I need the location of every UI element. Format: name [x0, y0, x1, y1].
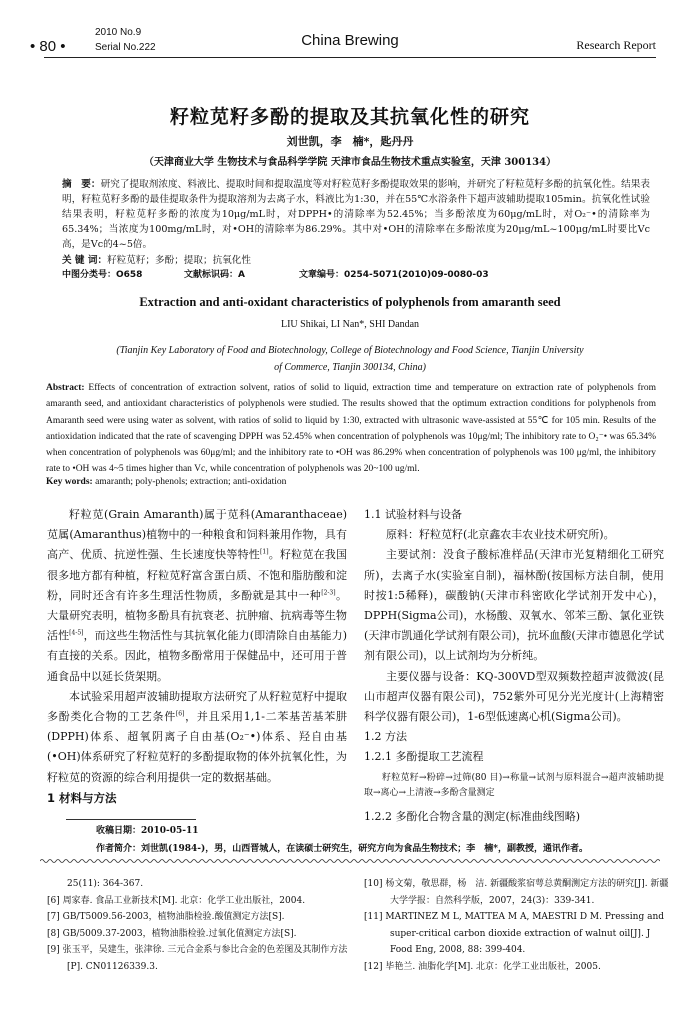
reference-item: [11] MARTINEZ M L, MATTEA M A, MAESTRI D… [364, 909, 674, 959]
body-right-column: 1.1 试验材料与设备 原料：籽粒苋籽(北京鑫农丰农业技术研究所)。 主要试剂：… [364, 505, 664, 827]
received-date: 收稿日期：2010-05-11 [96, 822, 656, 840]
abstract-cn: 摘 要：研究了提取剂浓度、料液比、提取时间和提取温度等对籽粒苋籽多酚提取效果的影… [62, 177, 650, 252]
reference-item: [10] 杨文菊，敬思群，杨 洁. 新疆酸浆宿萼总黄酮测定方法的研究[J]. 新… [364, 876, 674, 909]
affiliation-en-line2: of Commerce, Tianjin 300134, China) [0, 359, 700, 376]
reference-item: [8] GB/5009.37-2003，植物油脂检验.过氧化值测定方法[S]. [47, 926, 352, 943]
reagents-paragraph: 主要试剂：没食子酸标准样品(天津市光复精细化工研究所)，去离子水(实验室自制)，… [364, 545, 664, 666]
keywords-cn-text: 籽粒苋籽；多酚；提取；抗氧化性 [107, 253, 251, 268]
references-left: 25(11): 364-367. [6] 周家春. 食品工业新技术[M]. 北京… [47, 876, 352, 976]
abstract-en: Abstract: Effects of concentration of ex… [46, 380, 656, 478]
reference-item: [7] GB/T5009.56-2003，植物油脂检验.酸值测定方法[S]. [47, 909, 352, 926]
header-rule [44, 57, 656, 58]
abstract-en-label: Abstract: [46, 383, 85, 393]
subsection-heading-1-1: 1.1 试验材料与设备 [364, 505, 664, 525]
author-bio: 作者简介：刘世凯(1984-)，男，山西晋城人，在读硕士研究生，研究方向为食品生… [96, 840, 656, 858]
reference-item: [6] 周家春. 食品工业新技术[M]. 北京：化学工业出版社，2004. [47, 893, 352, 910]
instruments-paragraph: 主要仪器与设备：KQ-300VD型双频数控超声波微波(昆山市超声仪器有限公司)，… [364, 667, 664, 728]
reference-item: [12] 毕艳兰. 油脂化学[M]. 北京：化学工业出版社，2005. [364, 959, 674, 976]
keywords-en-text: amaranth; poly-phenols; extraction; anti… [95, 477, 286, 487]
citation: [2-3] [321, 589, 335, 596]
body-left-column: 籽粒苋(Grain Amaranth)属于苋科(Amaranthaceae)苋属… [47, 505, 347, 808]
keywords-cn: 关 键 词：籽粒苋籽；多酚；提取；抗氧化性 [62, 253, 650, 268]
keywords-en-label: Key words: [46, 477, 93, 487]
document-code: 文献标识码：A [184, 268, 299, 283]
authors-en: LIU Shikai, LI Nan*, SHI Dandan [0, 319, 700, 330]
abstract-en-text: Effects of concentration of extraction s… [46, 383, 656, 474]
reference-item: [9] 张玉平，吴建生，张津徐. 三元合金系与参比合金的色差图及其制作方法[P]… [47, 942, 352, 975]
affiliation-cn: （天津商业大学 生物技术与食品科学学院 天津市食品生物技术重点实验室，天津 30… [0, 153, 700, 168]
keywords-cn-label: 关 键 词： [62, 255, 107, 266]
references-right: [10] 杨文菊，敬思群，杨 洁. 新疆酸浆宿萼总黄酮测定方法的研究[J]. 新… [364, 876, 674, 976]
section-heading-1: 1 材料与方法 [47, 788, 347, 808]
citation: [1] [260, 549, 269, 556]
subsection-heading-1-2-1: 1.2.1 多酚提取工艺流程 [364, 747, 664, 767]
keywords-en: Key words: amaranth; poly-phenols; extra… [46, 477, 656, 487]
paper-title-cn: 籽粒苋籽多酚的提取及其抗氧化性的研究 [0, 102, 700, 129]
abstract-cn-label: 摘 要： [62, 179, 101, 190]
intro-paragraph-2: 本试验采用超声波辅助提取方法研究了从籽粒苋籽中提取多酚类化合物的工艺条件[6]，… [47, 687, 347, 788]
reference-item: 25(11): 364-367. [47, 876, 352, 893]
footnote-rule [66, 819, 196, 820]
paper-title-en: Extraction and anti-oxidant characterist… [0, 295, 700, 310]
process-flow: 籽粒苋籽→粉碎→过筛(80 目)→称量→试剂与原料混合→超声波辅助提取→离心→上… [364, 771, 664, 801]
intro-paragraph-1: 籽粒苋(Grain Amaranth)属于苋科(Amaranthaceae)苋属… [47, 505, 347, 687]
subsection-heading-1-2: 1.2 方法 [364, 727, 664, 747]
citation: [4-5] [69, 630, 83, 637]
authors-cn: 刘世凯，李 楠*，匙丹丹 [0, 133, 700, 149]
affiliation-en-line1: (Tianjin Key Laboratory of Food and Biot… [0, 342, 700, 359]
abstract-cn-text: 研究了提取剂浓度、料液比、提取时间和提取温度等对籽粒苋籽多酚提取效果的影响，并研… [62, 179, 650, 250]
section-label: Research Report [576, 38, 656, 53]
classification-line: 中图分类号：O658文献标识码：A文章编号：0254-5071(2010)09-… [62, 268, 650, 283]
article-number: 文章编号：0254-5071(2010)09-0080-03 [299, 268, 489, 283]
materials-paragraph: 原料：籽粒苋籽(北京鑫农丰农业技术研究所)。 [364, 525, 664, 545]
clc-number: 中图分类号：O658 [62, 268, 184, 283]
affiliation-en: (Tianjin Key Laboratory of Food and Biot… [0, 342, 700, 376]
wavy-divider [40, 858, 660, 864]
